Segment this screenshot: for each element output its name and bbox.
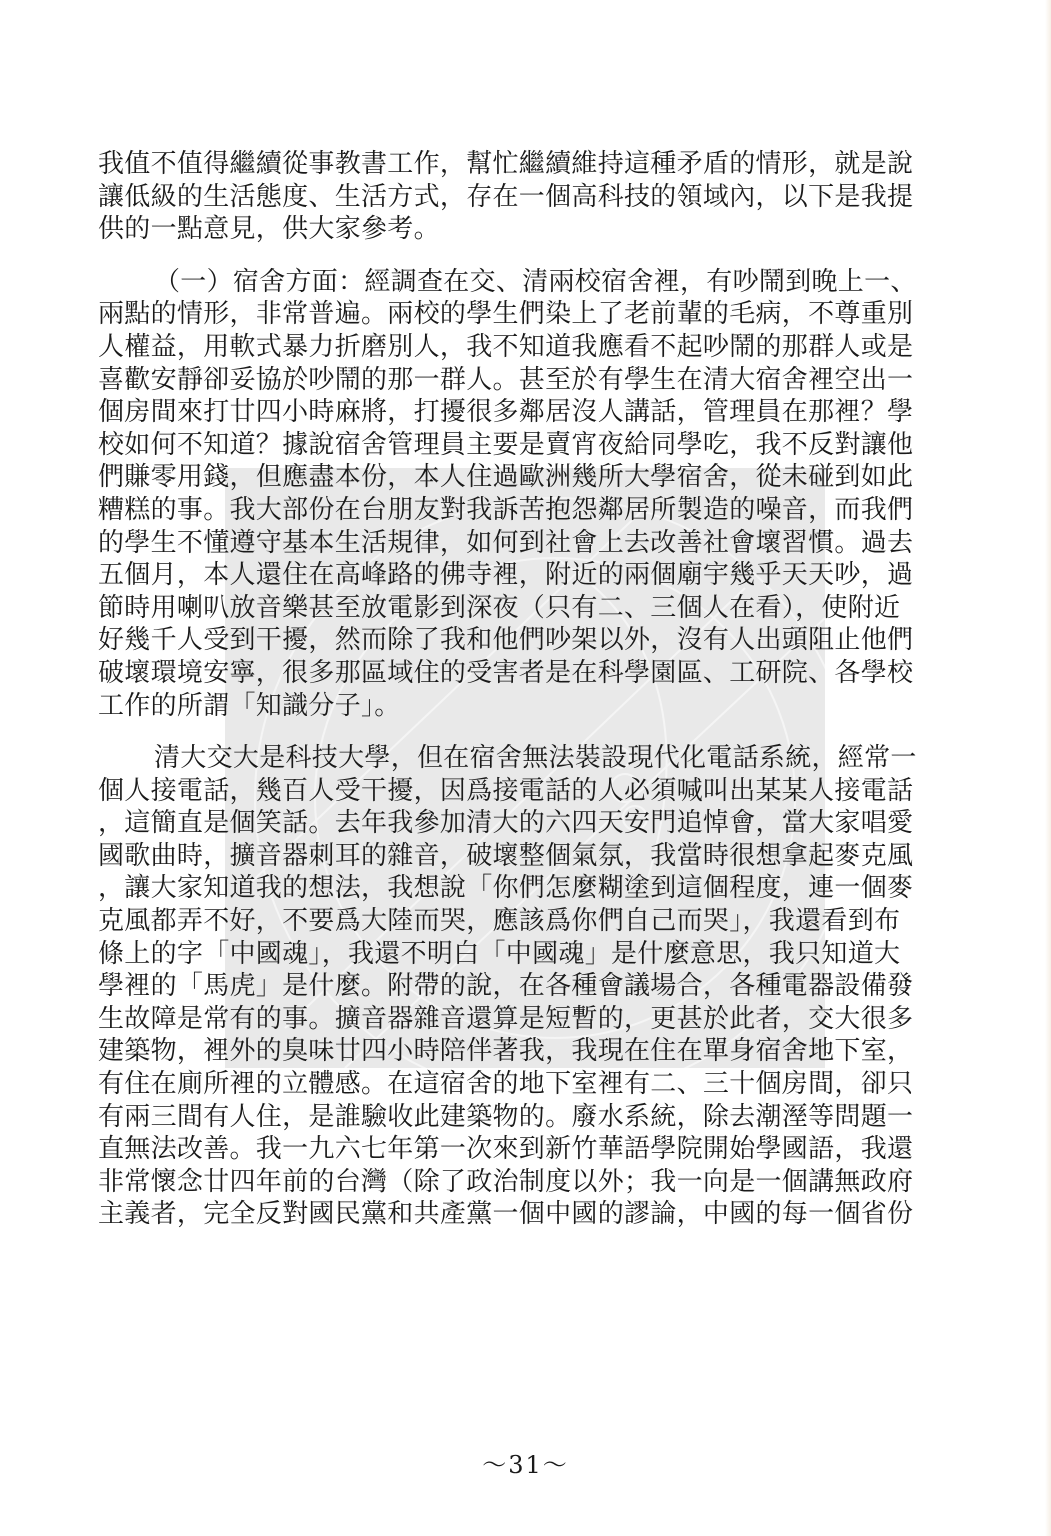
text-line: 喜歡安靜卻妥協於吵鬧的那一群人。甚至於有學生在清大宿舍裡空出一: [98, 364, 898, 397]
text-line: 節時用喇叭放音樂甚至放電影到深夜（只有二、三個人在看），使附近: [98, 592, 898, 625]
text-line: 五個月，本人還住在高峰路的佛寺裡，附近的兩個廟宇幾乎天天吵，過: [98, 559, 898, 592]
paragraph-telephone-section: 清大交大是科技大學，但在宿舍無法裝設現代化電話系統，經常一 個人接電話，幾百人受…: [98, 742, 898, 1231]
text-line: 主義者，完全反對國民黨和共產黨一個中國的謬論，中國的每一個省份: [98, 1198, 898, 1231]
paragraph-intro-continuation: 我值不值得繼續從事教書工作，幫忙繼續維持這種矛盾的情形，就是說 讓低級的生活態度…: [98, 148, 898, 246]
text-line: 生故障是常有的事。擴音器雜音還算是短暫的，更甚於此者，交大很多: [98, 1003, 898, 1036]
text-line: 我值不值得繼續從事教書工作，幫忙繼續維持這種矛盾的情形，就是說: [98, 148, 898, 181]
text-line: ，讓大家知道我的想法，我想說「你們怎麼糊塗到這個程度，連一個麥: [98, 872, 898, 905]
text-line: 工作的所謂「知識分子」。: [98, 690, 898, 723]
text-line: 供的一點意見，供大家參考。: [98, 213, 898, 246]
text-line: 校如何不知道？據說宿舍管理員主要是賣宵夜給同學吃，我不反對讓他: [98, 429, 898, 462]
text-line: 讓低級的生活態度、生活方式，存在一個高科技的領域內，以下是我提: [98, 181, 898, 214]
text-line: ，這簡直是個笑話。去年我參加清大的六四天安門追悼會，當大家唱愛: [98, 807, 898, 840]
document-body: 我值不值得繼續從事教書工作，幫忙繼續維持這種矛盾的情形，就是說 讓低級的生活態度…: [98, 148, 898, 1231]
text-line: 個房間來打廿四小時麻將，打擾很多鄰居沒人講話，管理員在那裡？學: [98, 396, 898, 429]
page-number: ～31～: [0, 1445, 1051, 1480]
text-line: 人權益，用軟式暴力折磨別人，我不知道我應看不起吵鬧的那群人或是: [98, 331, 898, 364]
text-line: 直無法改善。我一九六七年第一次來到新竹華語學院開始學國語，我還: [98, 1133, 898, 1166]
text-line: 學裡的「馬虎」是什麼。附帶的說，在各種會議場合，各種電器設備發: [98, 970, 898, 1003]
paragraph-dormitory-section: （一）宿舍方面：經調查在交、清兩校宿舍裡，有吵鬧到晚上一、 兩點的情形，非常普遍…: [98, 266, 898, 722]
text-line: 有兩三間有人住，是誰驗收此建築物的。廢水系統，除去潮溼等問題一: [98, 1101, 898, 1134]
text-line: 們賺零用錢，但應盡本份，本人住過歐洲幾所大學宿舍，從未碰到如此: [98, 461, 898, 494]
text-line: 兩點的情形，非常普遍。兩校的學生們染上了老前輩的毛病，不尊重別: [98, 298, 898, 331]
text-line: 有住在廁所裡的立體感。在這宿舍的地下室裡有二、三十個房間，卻只: [98, 1068, 898, 1101]
text-line: 條上的字「中國魂」，我還不明白「中國魂」是什麼意思，我只知道大: [98, 938, 898, 971]
text-line: 個人接電話，幾百人受干擾，因爲接電話的人必須喊叫出某某人接電話: [98, 775, 898, 808]
text-line: 國歌曲時，擴音器刺耳的雜音，破壞整個氣氛，我當時很想拿起麥克風: [98, 840, 898, 873]
text-line: 清大交大是科技大學，但在宿舍無法裝設現代化電話系統，經常一: [98, 742, 898, 775]
text-line: 好幾千人受到干擾，然而除了我和他們吵架以外，沒有人出頭阻止他們: [98, 624, 898, 657]
text-line: 的學生不懂遵守基本生活規律，如何到社會上去改善社會壞習慣。過去: [98, 527, 898, 560]
page-edge: [1045, 0, 1051, 1536]
text-line: 克風都弄不好，不要爲大陸而哭，應該爲你們自己而哭」，我還看到布: [98, 905, 898, 938]
text-line: 建築物，裡外的臭味廿四小時陪伴著我，我現在住在單身宿舍地下室，: [98, 1035, 898, 1068]
section-heading-line: （一）宿舍方面：經調查在交、清兩校宿舍裡，有吵鬧到晚上一、: [98, 266, 898, 299]
text-line: 非常懷念廿四年前的台灣（除了政治制度以外；我一向是一個講無政府: [98, 1166, 898, 1199]
text-line: 破壞環境安寧，很多那區域住的受害者是在科學園區、工研院、各學校: [98, 657, 898, 690]
text-line: 糟糕的事。我大部份在台朋友對我訴苦抱怨鄰居所製造的噪音，而我們: [98, 494, 898, 527]
